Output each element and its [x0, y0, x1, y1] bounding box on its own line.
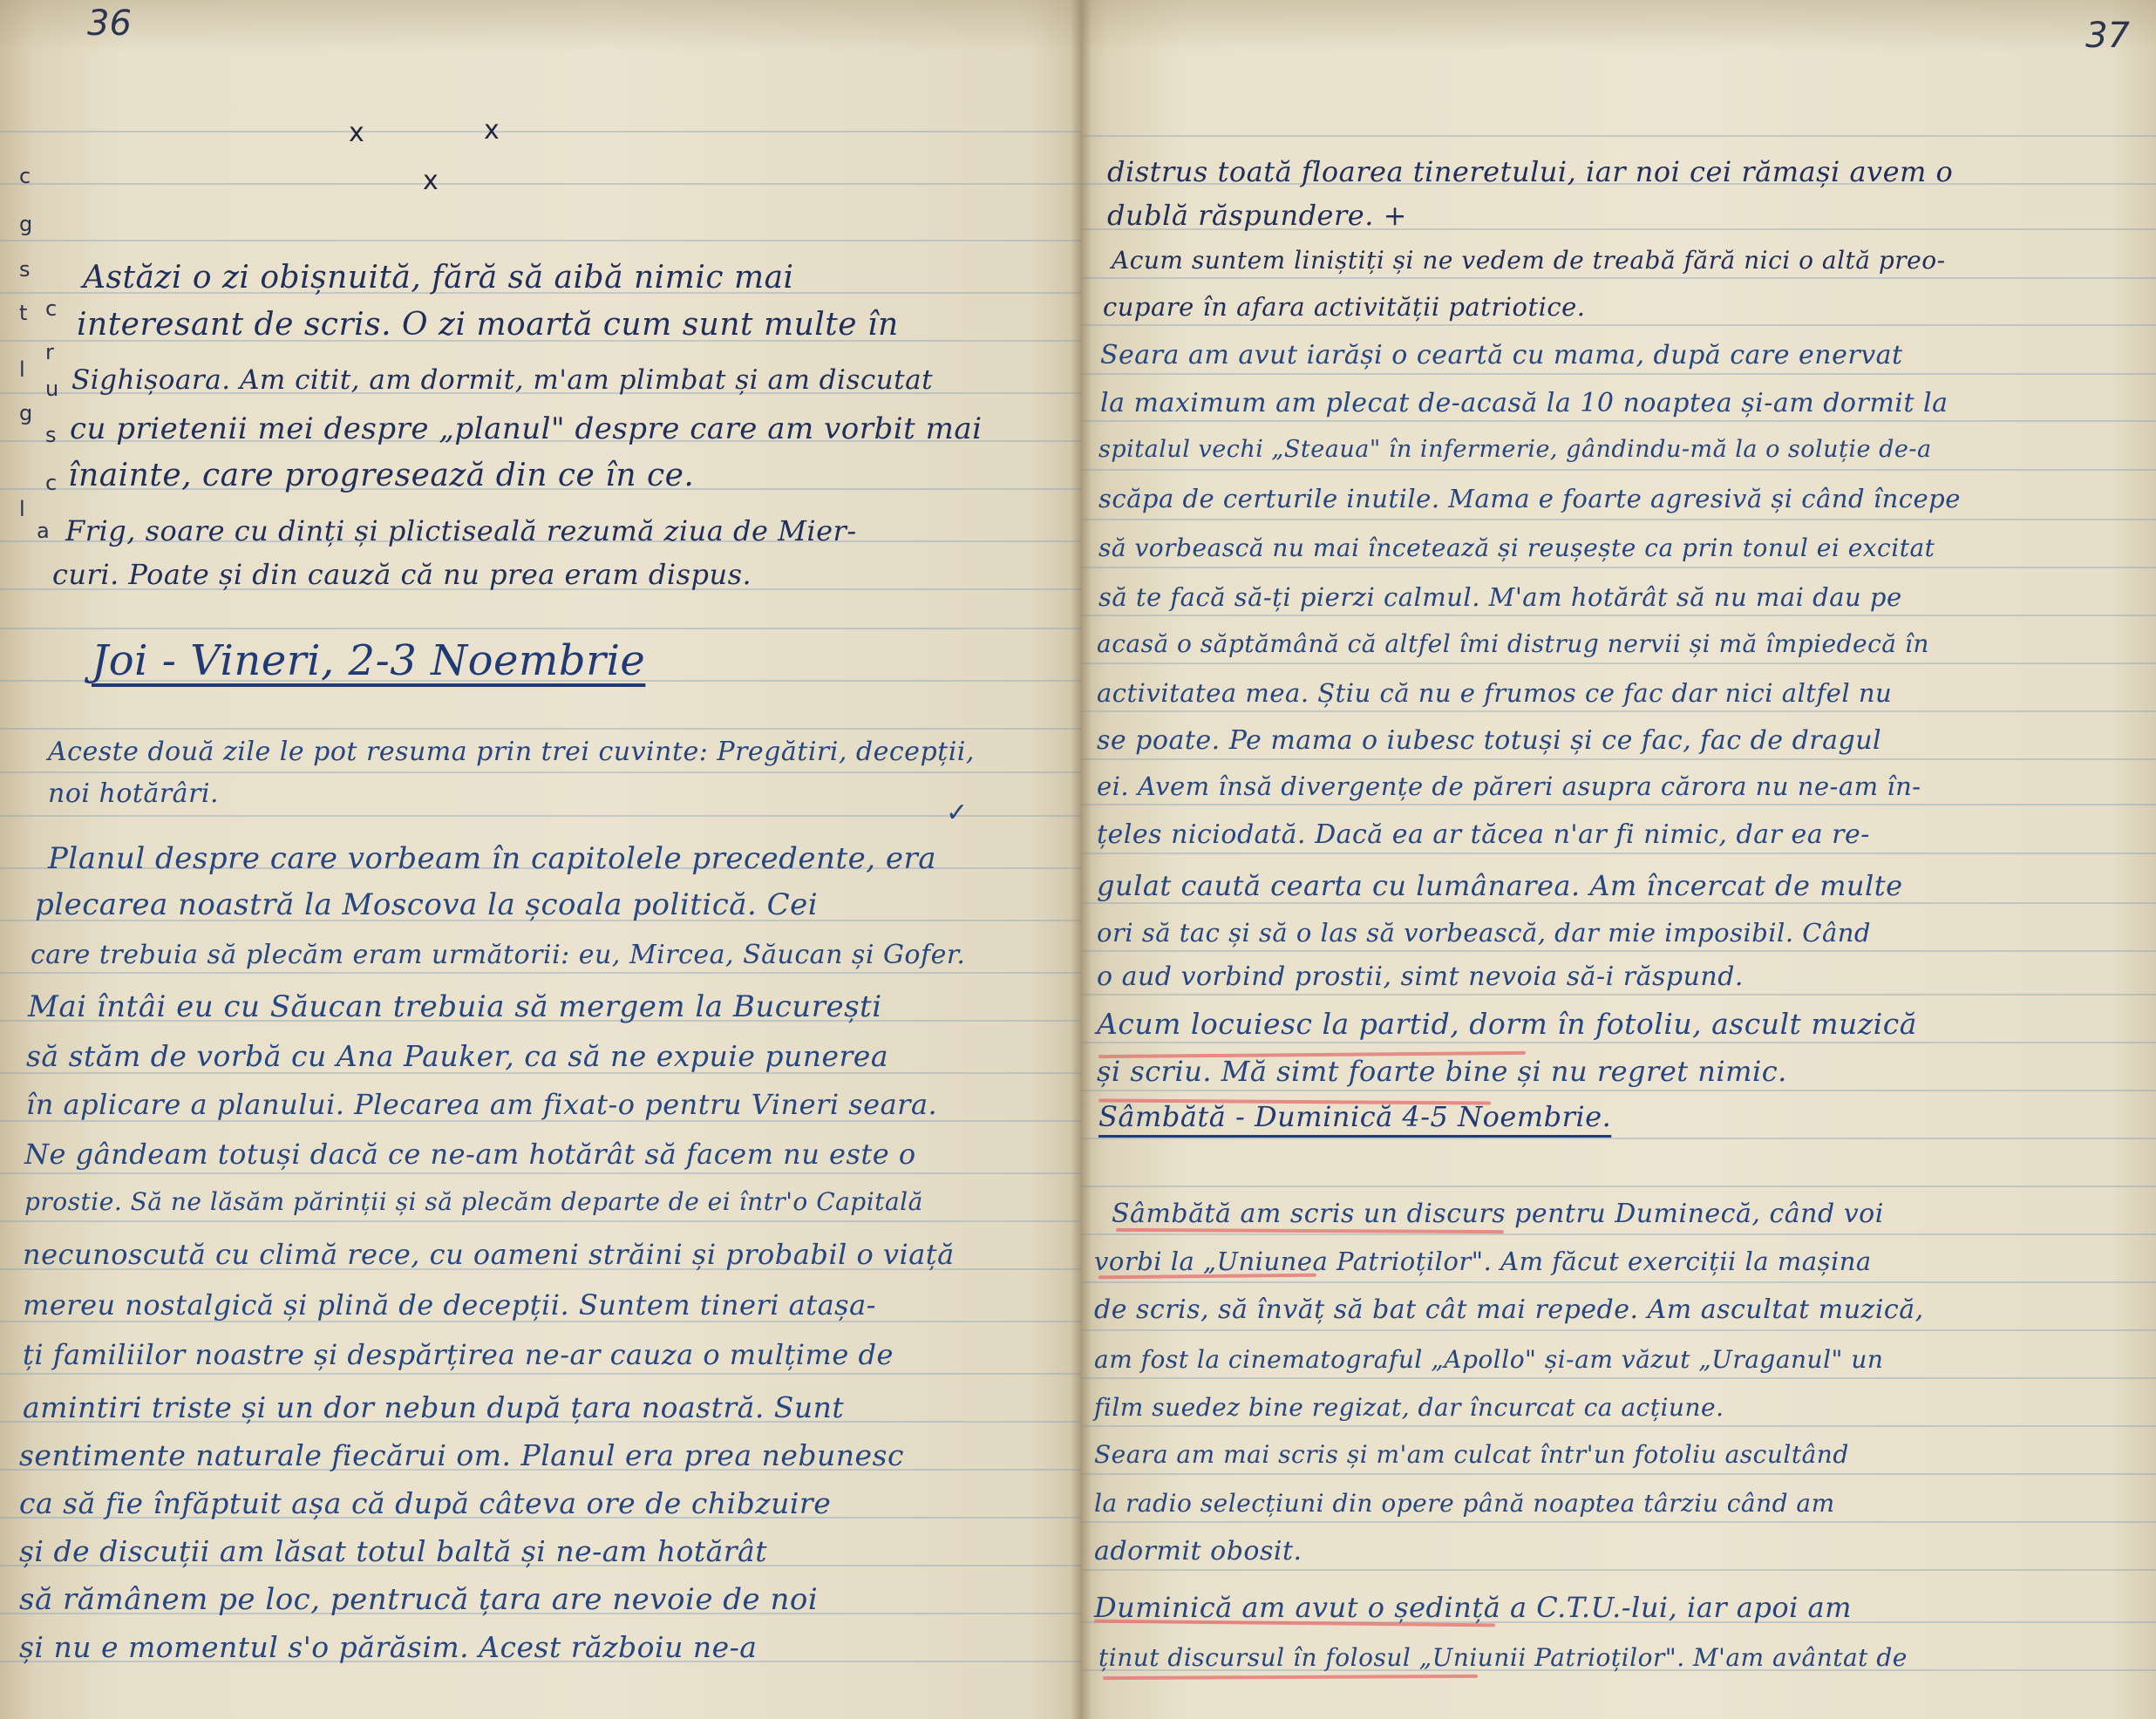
diary-line: prostie. Să ne lăsăm părinții și să plec…	[24, 1187, 923, 1216]
margin-letter: l	[19, 497, 25, 521]
margin-letter: g	[19, 212, 32, 236]
margin-letter: l	[19, 357, 25, 382]
diary-line: Acum locuiesc la partid, dorm în fotoliu…	[1097, 1007, 1917, 1041]
diary-line: de scris, să învăț să bat cât mai repede…	[1094, 1294, 1924, 1325]
diary-line: Mai întâi eu cu Săucan trebuia să mergem…	[28, 989, 882, 1024]
diary-line: adormit obosit.	[1094, 1536, 1302, 1566]
diary-line: am fost la cinematograful „Apollo" și-am…	[1094, 1345, 1883, 1374]
diary-line: necunoscută cu climă rece, cu oameni str…	[23, 1238, 955, 1271]
diary-line: distrus toată floarea tineretului, iar n…	[1107, 155, 1953, 188]
margin-letter: r	[45, 340, 54, 364]
diary-line: să rămânem pe loc, pentrucă țara are nev…	[19, 1582, 818, 1617]
diary-line: Planul despre care vorbeam în capitolele…	[48, 841, 936, 876]
diary-line: curi. Poate și din cauză că nu prea eram…	[52, 558, 752, 591]
diary-line: scăpa de certurile inutile. Mama e foart…	[1098, 484, 1961, 513]
diary-line: o aud vorbind prostii, simt nevoia să-i …	[1097, 961, 1744, 992]
diary-line: Sighișoara. Am citit, am dormit, m'am pl…	[71, 364, 933, 396]
notebook-spread: 36 c g s t l g l c r u s c a x x x	[0, 0, 2156, 1719]
diary-line: care trebuia să plecăm eram următorii: e…	[31, 940, 965, 970]
x-mark-icon: x	[423, 166, 439, 196]
right-page: 37 distrus toată floarea tineretului, ia…	[1081, 0, 2156, 1719]
x-mark-icon: x	[349, 118, 364, 148]
margin-letter: c	[45, 296, 57, 321]
diary-line: ei. Avem însă divergențe de păreri asupr…	[1097, 771, 1921, 801]
diary-line: sentimente naturale fiecărui om. Planul …	[19, 1438, 904, 1472]
page-shadow	[1081, 0, 2156, 52]
diary-line: cupare în afara activității patriotice.	[1103, 292, 1586, 322]
diary-line: Seara am mai scris și m'am culcat într'u…	[1094, 1440, 1849, 1469]
diary-line: înainte, care progresează din ce în ce.	[68, 458, 694, 493]
diary-line: să stăm de vorbă cu Ana Pauker, ca să ne…	[26, 1039, 888, 1073]
margin-letter: g	[19, 401, 32, 425]
diary-line: ținut discursul în folosul „Uniunii Patr…	[1098, 1643, 1908, 1672]
diary-line: Frig, soare cu dinți și plictiseală rezu…	[65, 514, 857, 547]
margin-letter: t	[19, 301, 27, 325]
diary-line: Duminică am avut o ședință a C.T.U.-lui,…	[1094, 1591, 1852, 1624]
x-mark-icon: x	[484, 115, 500, 146]
page-shadow	[0, 0, 1081, 52]
margin-letter: s	[19, 257, 31, 282]
diary-line: plecarea noastră la Moscova la școala po…	[35, 887, 818, 922]
diary-line: Sâmbătă am scris un discurs pentru Dumin…	[1112, 1199, 1884, 1229]
diary-line: amintiri triste și un dor nebun după țar…	[23, 1390, 844, 1424]
diary-line: spitalul vechi „Steaua" în infermerie, g…	[1098, 436, 1932, 463]
diary-line: Astăzi o zi obișnuită, fără să aibă nimi…	[83, 260, 794, 296]
diary-line: la maximum am plecat de-acasă la 10 noap…	[1100, 388, 1948, 418]
margin-letter: s	[45, 423, 57, 447]
entry-heading: Sâmbătă - Duminică 4-5 Noembrie.	[1098, 1100, 1611, 1133]
margin-letter: u	[45, 377, 58, 401]
diary-line: și scriu. Mă simt foarte bine și nu regr…	[1097, 1055, 1787, 1088]
diary-line: la radio selecțiuni din opere până noapt…	[1094, 1489, 1835, 1518]
diary-line: activitatea mea. Știu că nu e frumos ce …	[1097, 678, 1892, 708]
diary-line: ți familiilor noastre și despărțirea ne-…	[23, 1338, 894, 1371]
diary-line: dublă răspundere. +	[1107, 199, 1407, 232]
page-number-left: 36	[87, 3, 132, 44]
diary-line: și de discuții am lăsat totul baltă și n…	[19, 1534, 767, 1568]
diary-line: țeles niciodată. Dacă ea ar tăcea n'ar f…	[1097, 819, 1870, 850]
notebook-spine	[1071, 0, 1092, 1719]
left-page: 36 c g s t l g l c r u s c a x x x	[0, 0, 1081, 1719]
red-underline	[1103, 1675, 1478, 1680]
diary-line: ca să fie înfăptuit așa că după câteva o…	[19, 1486, 831, 1520]
diary-line: interesant de scris. O zi moartă cum sun…	[77, 307, 899, 343]
check-mark-icon: ✓	[946, 798, 968, 828]
diary-line: Acum suntem liniștiți și ne vedem de tre…	[1112, 246, 1946, 275]
margin-letter: c	[19, 164, 31, 188]
diary-line: gulat caută cearta cu lumânarea. Am înce…	[1097, 869, 1903, 902]
diary-line: se poate. Pe mama o iubesc totuși și ce …	[1097, 725, 1881, 756]
entry-heading: Joi - Vineri, 2-3 Noembrie	[92, 636, 645, 685]
diary-line: mereu nostalgică și plină de decepții. S…	[23, 1288, 876, 1322]
diary-line: Aceste două zile le pot resuma prin trei…	[48, 737, 975, 767]
diary-line: vorbi la „Uniunea Patrioților". Am făcut…	[1094, 1247, 1872, 1276]
diary-line: noi hotărâri.	[48, 778, 219, 809]
diary-line: să vorbească nu mai încetează și reușeșt…	[1098, 533, 1935, 562]
diary-line: cu prietenii mei despre „planul" despre …	[70, 411, 982, 446]
diary-line: în aplicare a planului. Plecarea am fixa…	[26, 1088, 937, 1121]
diary-line: acasă o săptămână că altfel îmi distrug …	[1097, 629, 1929, 658]
diary-line: Ne gândeam totuși dacă ce ne-am hotărât …	[24, 1138, 916, 1171]
diary-line: ori să tac și să o las să vorbească, dar…	[1097, 918, 1871, 948]
diary-line: film suedez bine regizat, dar încurcat c…	[1094, 1393, 1724, 1422]
diary-line: și nu e momentul s'o părăsim. Acest răzb…	[19, 1630, 757, 1664]
margin-letter: c	[45, 471, 57, 495]
page-number-right: 37	[2085, 16, 2130, 56]
margin-letter: a	[37, 519, 50, 543]
diary-line: să te facă să-ți pierzi calmul. M'am hot…	[1098, 582, 1902, 612]
diary-line: Seara am avut iarăși o ceartă cu mama, d…	[1100, 340, 1903, 370]
